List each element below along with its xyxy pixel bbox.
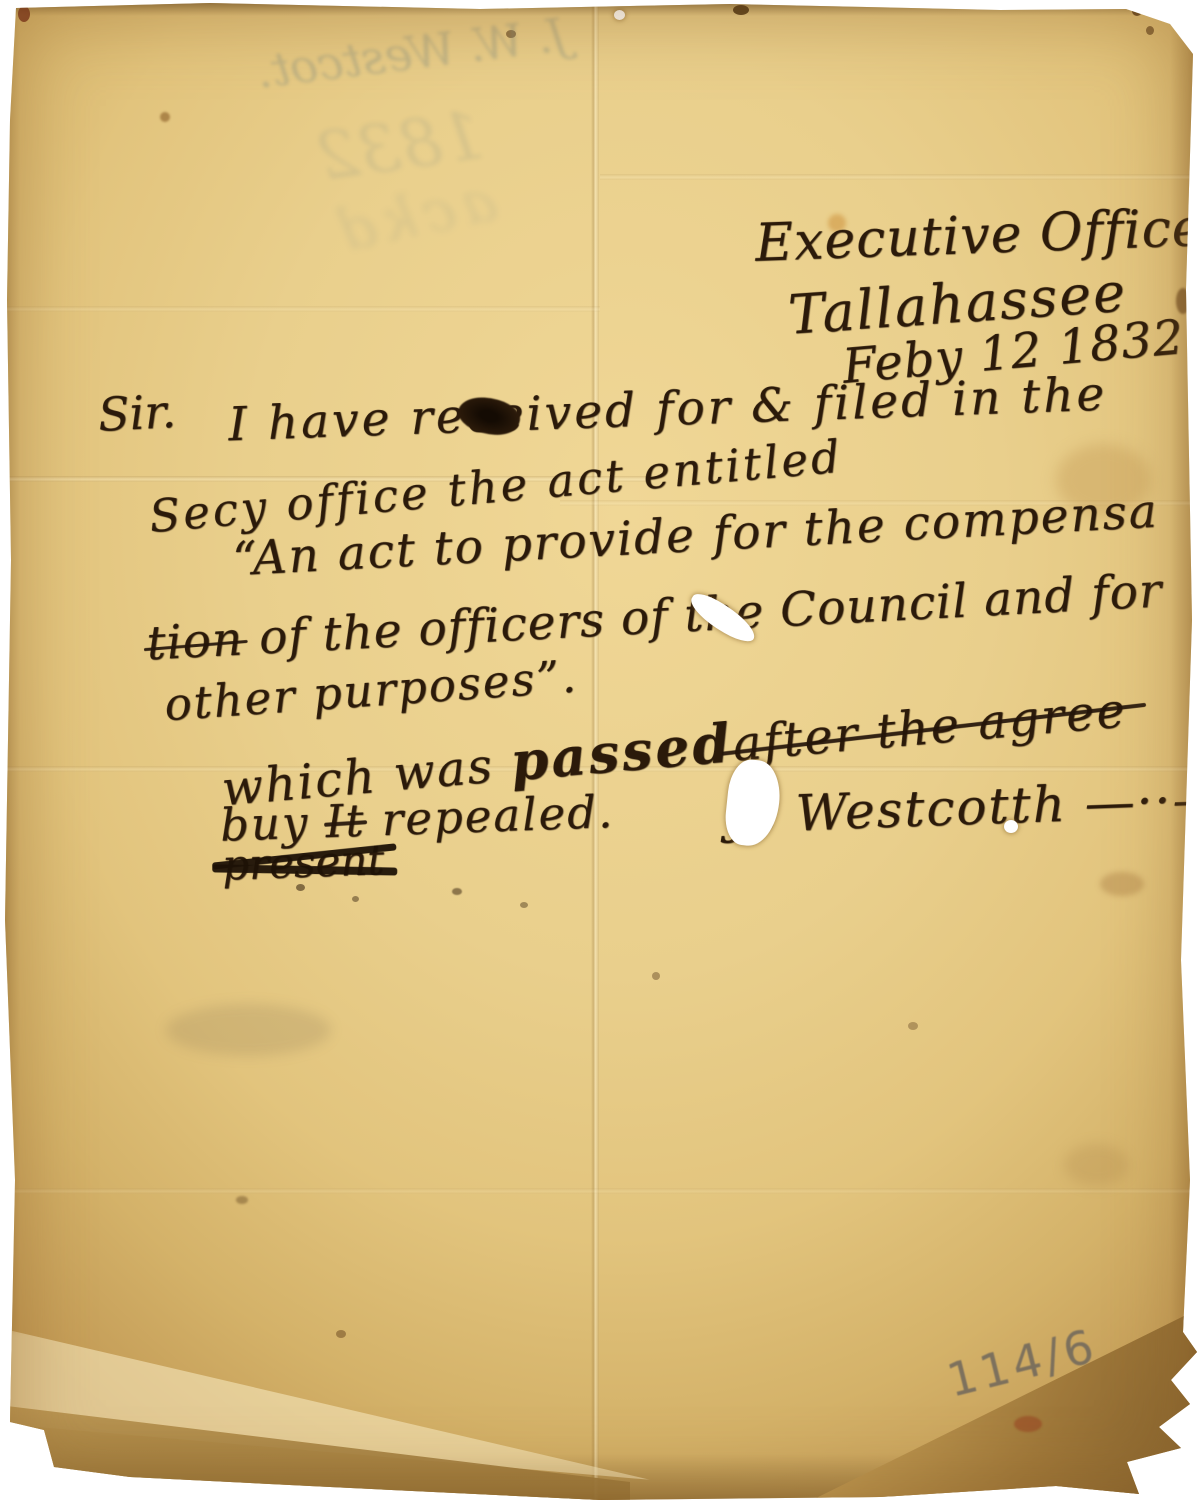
letter-paper: J. W. Westcot. 1832 ackd Executive Offic… — [0, 0, 1200, 1506]
struck-phrase: after the agree — [730, 683, 1129, 773]
ink-speck — [520, 902, 528, 908]
stain-spot — [908, 1022, 918, 1030]
scratched-out-word: present — [221, 835, 385, 890]
body-line-7-post: repealed. — [364, 785, 615, 847]
stain-spot — [160, 112, 170, 122]
emphasized-word-passed: passed — [508, 711, 735, 793]
ink-speck — [352, 896, 359, 902]
stain-patch — [1100, 872, 1144, 896]
stain-spot — [652, 972, 660, 980]
stain-spot — [506, 30, 516, 38]
paper-pinhole — [614, 10, 625, 20]
horizontal-crease — [600, 174, 1200, 180]
horizontal-crease — [0, 1188, 1200, 1194]
paper-left-edge-shading — [0, 0, 20, 1506]
ink-speck — [452, 888, 462, 895]
ghost-docket-name: J. W. Westcot. — [254, 7, 570, 99]
header-office-line: Executive Office — [754, 198, 1200, 274]
signature-flourish: —··— — [1084, 769, 1200, 832]
struck-word: tion — [145, 612, 244, 672]
stain-spot — [336, 1330, 346, 1338]
ghost-docket-word: ackd — [325, 165, 503, 266]
paper-top-edge-shading — [0, 0, 1200, 16]
salutation: Sir. — [97, 384, 178, 442]
stain-patch — [1064, 1144, 1128, 1186]
stain-spot — [1146, 26, 1154, 35]
bottom-right-corner-stain — [800, 1308, 1200, 1506]
paper-hole — [1004, 820, 1018, 833]
smudge-patch — [166, 1004, 331, 1056]
signature: Js Westcotth —··— — [727, 769, 1200, 844]
horizontal-crease — [0, 306, 600, 312]
body-line-1: I have received for & filed in the — [227, 367, 1108, 453]
ghost-docket-year: 1832 — [311, 97, 488, 197]
stain-spot — [236, 1196, 248, 1204]
